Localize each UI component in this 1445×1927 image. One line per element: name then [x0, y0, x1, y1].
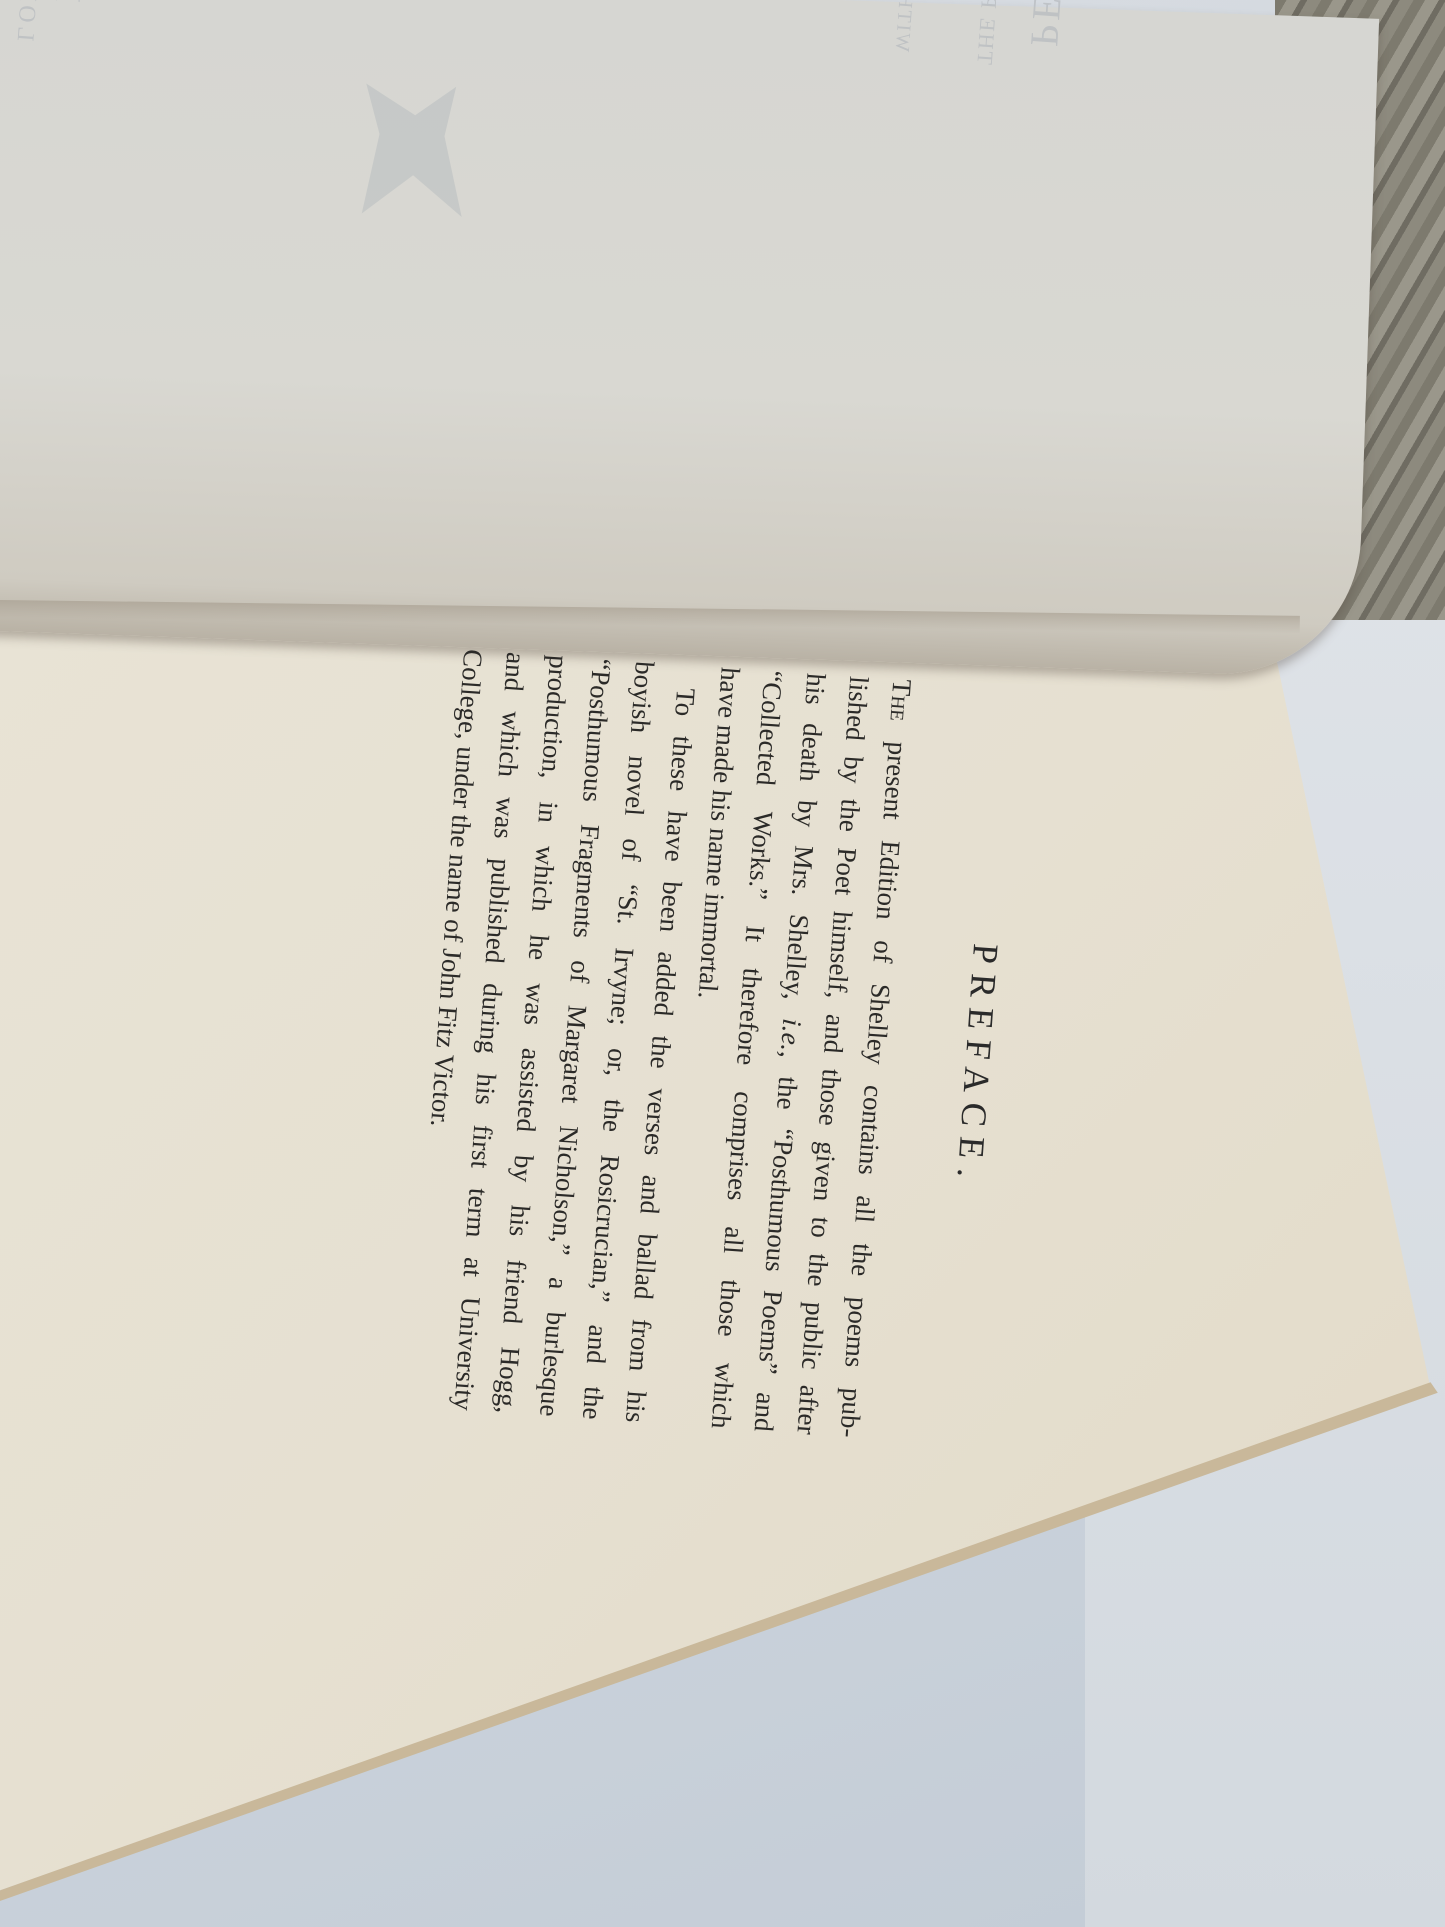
facing-page: PERCY BYSSHE SHELLEY THE POETICAL WORKS … — [0, 0, 1379, 678]
show-through-publisher: FREDERICK WARNE — [47, 0, 121, 4]
publisher-device-icon — [341, 73, 476, 227]
preface-body: The present Edition of Shelley contains … — [398, 648, 923, 1439]
show-through-title: THE POETICAL WORKS OF — [971, 0, 1019, 66]
show-through-city: LONDON — [11, 0, 47, 42]
preface-text-block: PREFACE. The present Edition of Shelley … — [398, 648, 1025, 1446]
show-through-subtitle: WITH MEMOIR AND NOTES — [890, 0, 934, 53]
show-through-author: PERCY BYSSHE SHELLEY — [1021, 0, 1107, 48]
